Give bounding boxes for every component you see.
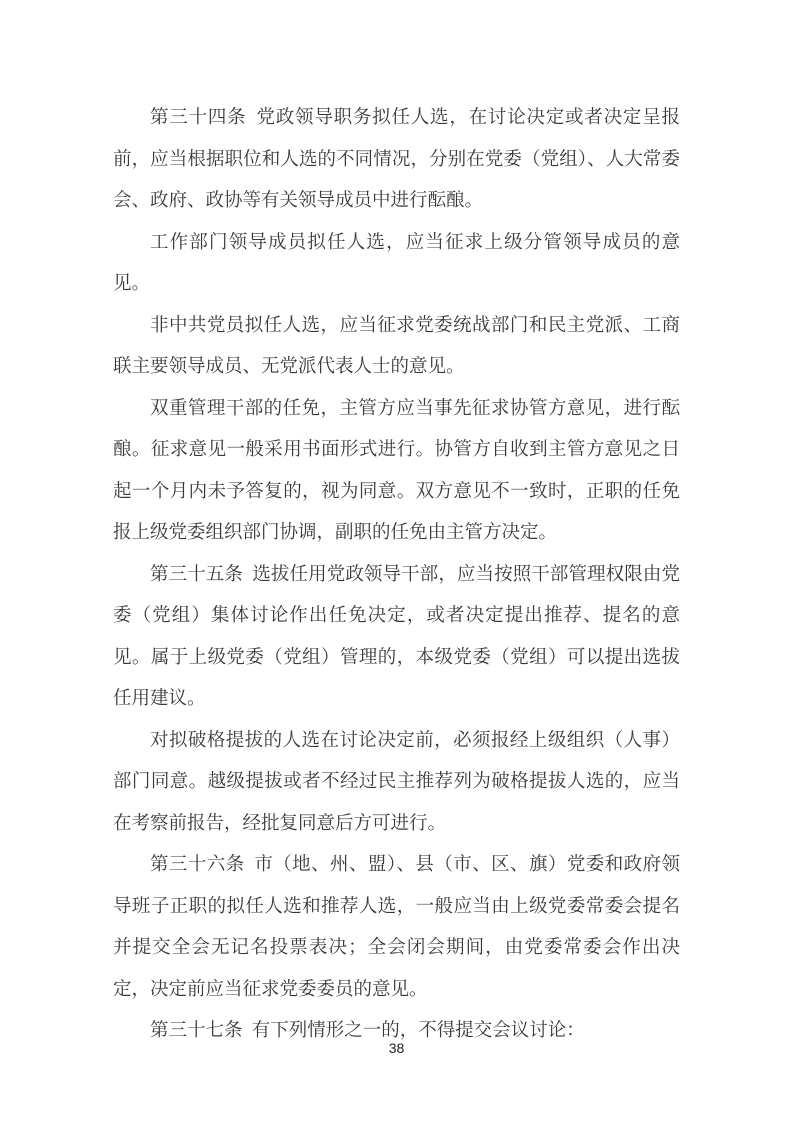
paragraph-article-35: 第三十五条 选拔任用党政领导干部，应当按照干部管理权限由党委（党组）集体讨论作出… [113, 553, 680, 719]
paragraph-article-34: 第三十四条 党政领导职务拟任人选，在讨论决定或者决定呈报前，应当根据职位和人选的… [113, 96, 680, 221]
page-number: 38 [0, 1038, 793, 1058]
paragraph-exceptional-promotion: 对拟破格提拔的人选在讨论决定前，必须报经上级组织（人事）部门同意。越级提拔或者不… [113, 719, 680, 844]
document-page: 第三十四条 党政领导职务拟任人选，在讨论决定或者决定呈报前，应当根据职位和人选的… [0, 0, 793, 1122]
document-body: 第三十四条 党政领导职务拟任人选，在讨论决定或者决定呈报前，应当根据职位和人选的… [113, 96, 680, 1051]
paragraph-work-departments: 工作部门领导成员拟任人选，应当征求上级分管领导成员的意见。 [113, 221, 680, 304]
paragraph-dual-management-cadres: 双重管理干部的任免，主管方应当事先征求协管方意见，进行酝酿。征求意见一般采用书面… [113, 387, 680, 553]
paragraph-non-party-candidates: 非中共党员拟任人选，应当征求党委统战部门和民主党派、工商联主要领导成员、无党派代… [113, 304, 680, 387]
paragraph-article-36: 第三十六条 市（地、州、盟）、县（市、区、旗）党委和政府领导班子正职的拟任人选和… [113, 843, 680, 1009]
